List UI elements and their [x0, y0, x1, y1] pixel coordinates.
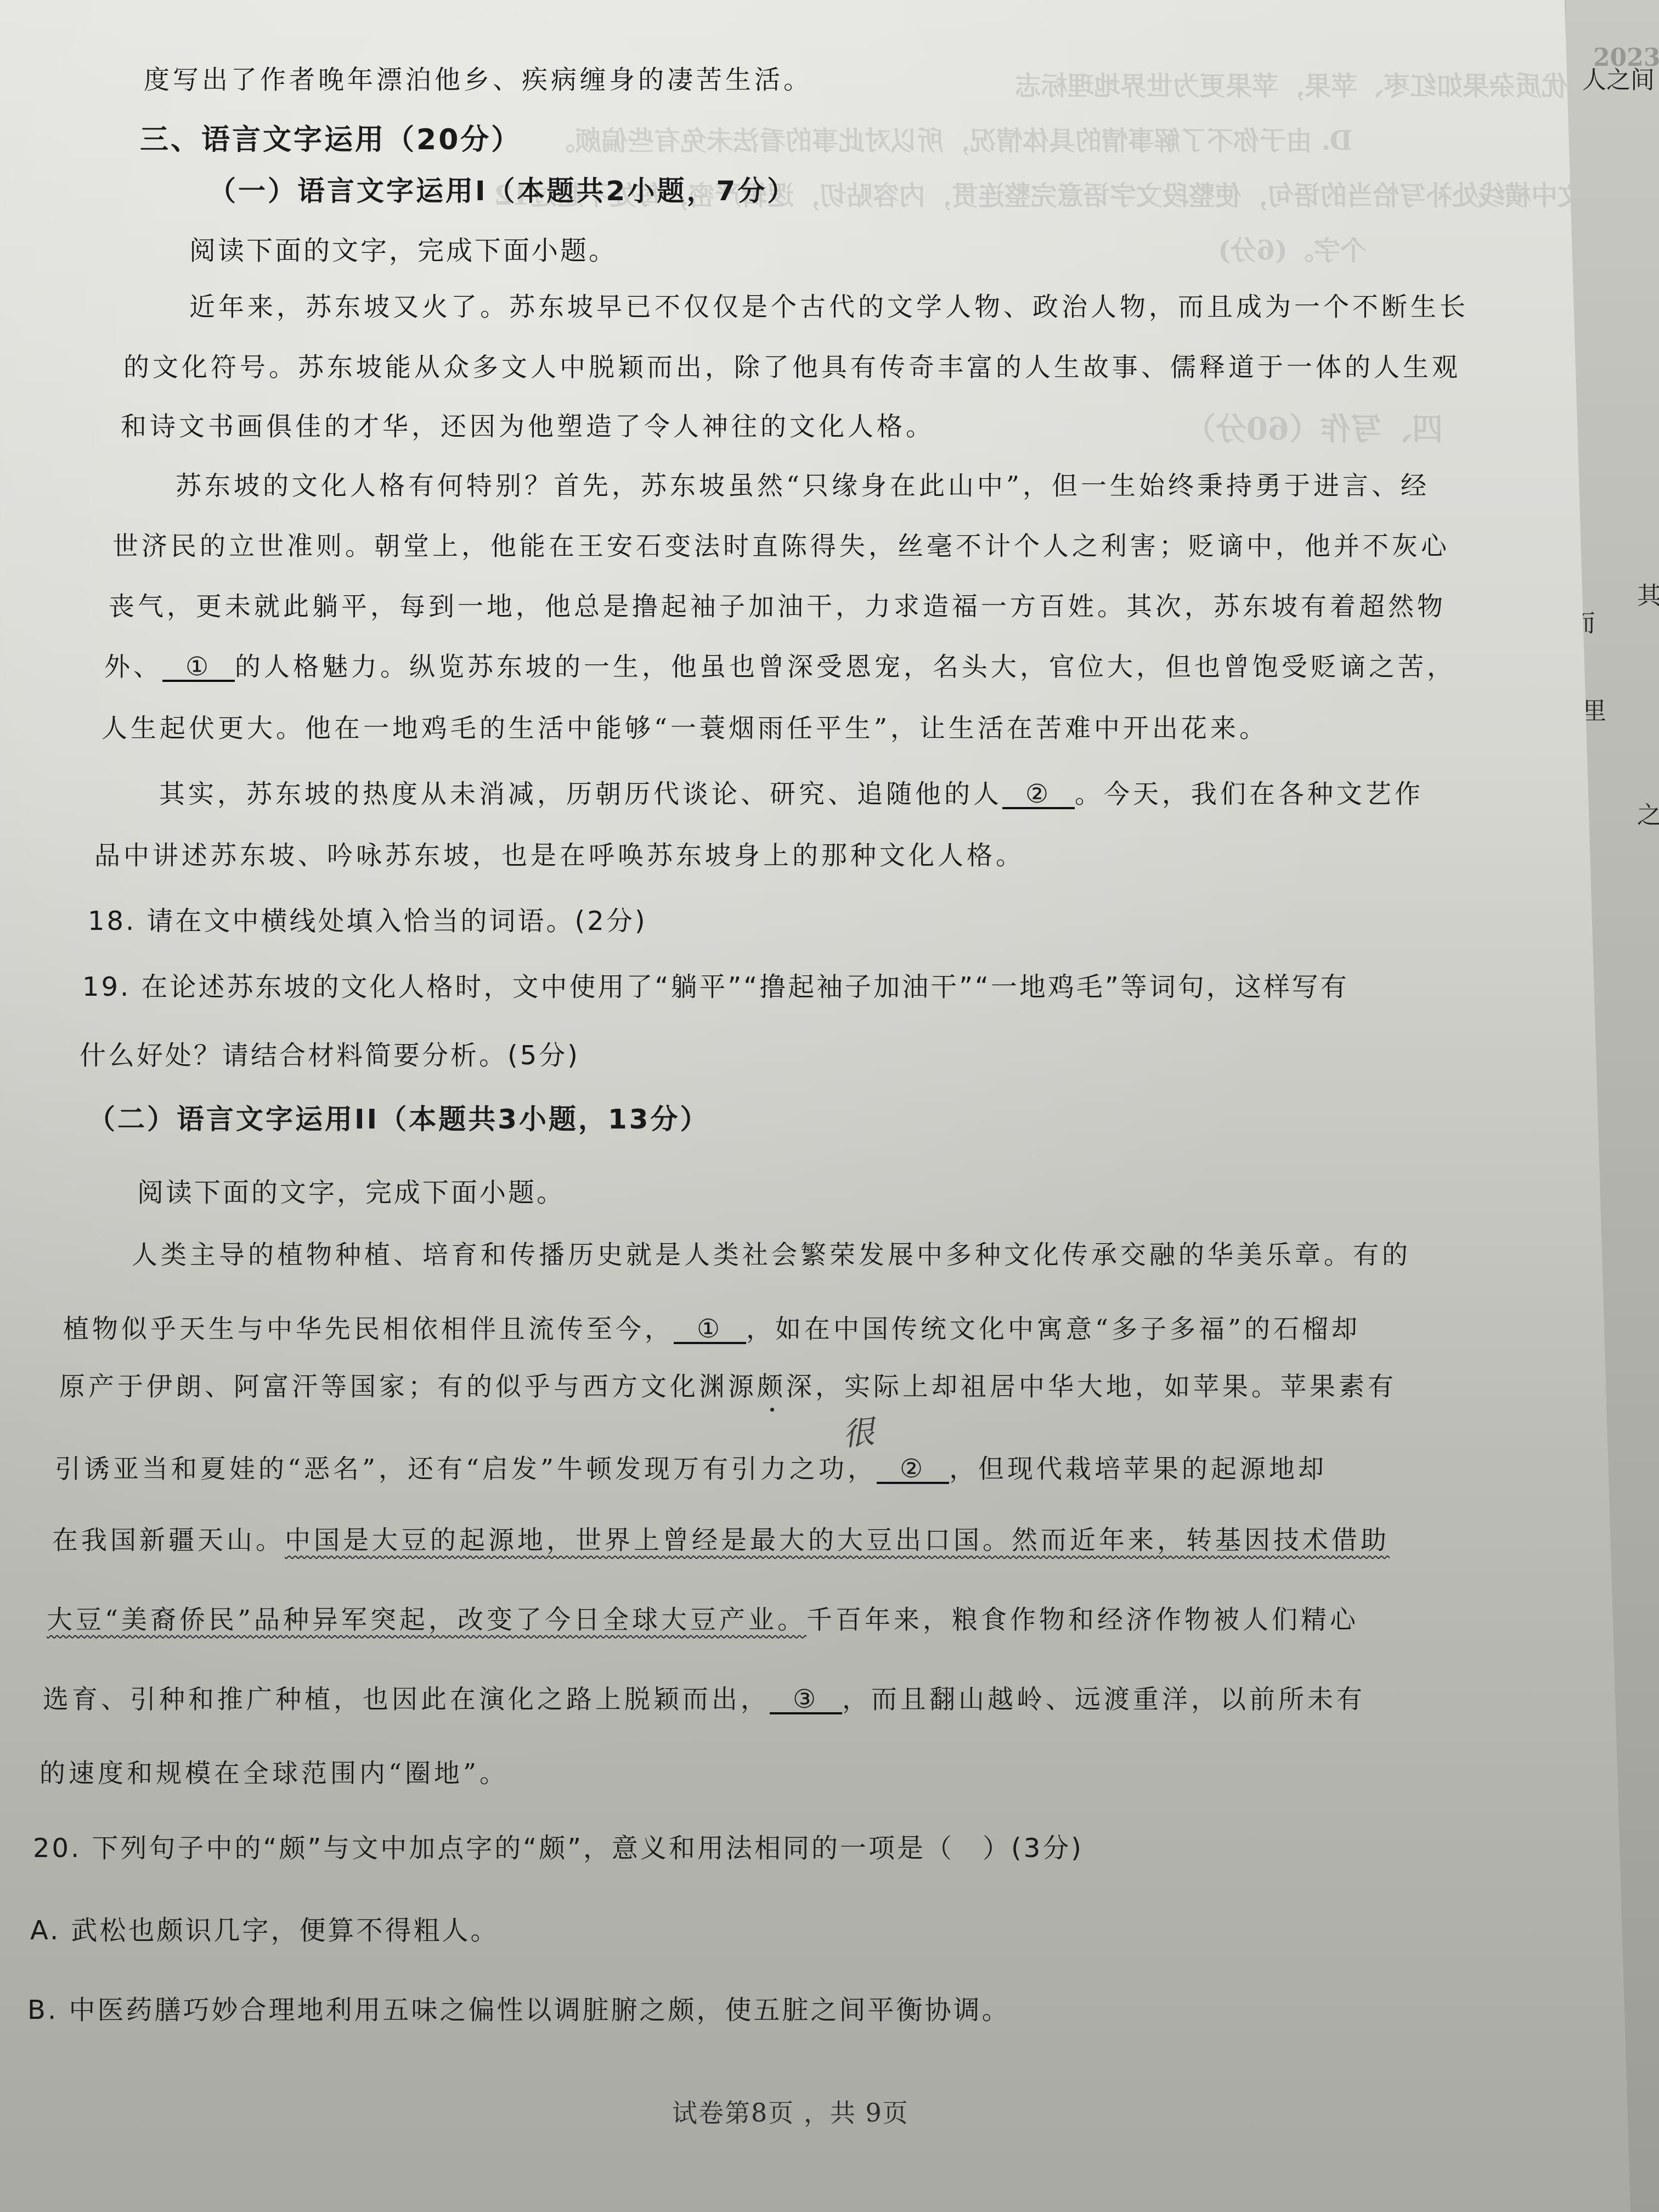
passage-text: 深，实际上却祖居中华大地，如苹果。苹果素有 — [786, 1372, 1397, 1402]
bleed-through-line: C. 陕北的优质杂果如红枣、苹果，苹果更为世界地理标志 — [1015, 65, 1659, 103]
option-label: A. — [30, 1915, 60, 1946]
question-number: 20. — [33, 1833, 81, 1864]
passage-text: 原产于伊朗、阿富汗等国家；有的似乎与西方文化渊源 — [59, 1372, 757, 1402]
wavy-underlined-text: 大豆“美裔侨民”品种异军突起，改变了今日全球大豆产业。 — [47, 1605, 806, 1635]
blank-2[interactable]: ② — [1002, 781, 1075, 809]
passage-text: ，但现代栽培苹果的起源地却 — [949, 1454, 1327, 1484]
part-two-instruction: 阅读下面的文字，完成下面小题。 — [137, 1171, 565, 1209]
question-18: 18. 请在文中横线处填入恰当的词语。(2分) — [88, 900, 647, 938]
passage-line: 的文化符号。苏东坡能从众多文人中脱颖而出，除了他具有传奇丰富的人生故事、儒释道于… — [123, 347, 1461, 383]
section-title: 三、语言文字运用（20分） — [140, 116, 522, 157]
adjacent-page-fragment: 之 — [1637, 795, 1659, 831]
bleed-through-line: 四、写作（60分） — [1185, 405, 1443, 449]
passage-line: 引诱亚当和夏娃的“恶名”，还有“启发”牛顿发现万有引力之功，②，但现代栽培苹果的… — [55, 1448, 1327, 1485]
question-number: 18. — [88, 906, 136, 936]
adjacent-page-fragment: 人之间 — [1582, 60, 1655, 95]
passage-text: 引诱亚当和夏娃的“恶名”，还有“启发”牛顿发现万有引力之功， — [55, 1454, 877, 1484]
passage-line: 人类主导的植物种植、培育和传播历史就是人类社会繁荣发展中多种文化传承交融的华美乐… — [132, 1234, 1411, 1271]
bleed-through-line: 个字。(6分) — [1218, 229, 1367, 267]
option-a[interactable]: A. 武松也颇识几字，便算不得粗人。 — [30, 1909, 499, 1947]
passage-line: 苏东坡的文化人格有何特别？首先，苏东坡虽然“只缘身在此山中”，但一生始终秉持勇于… — [176, 465, 1430, 502]
passage-text: ，如在中国传统文化中寓意“多子多福”的石榴却 — [746, 1314, 1361, 1344]
bleed-through-line: D. 由于你不了解事情的具体情况，所以对此事的看法未免有些偏颇。 — [549, 120, 1352, 157]
passage-line: 近年来，苏东坡又火了。苏东坡早已不仅仅是个古代的文学人物、政治人物，而且成为一个… — [189, 286, 1469, 323]
passage-line: 和诗文书画俱佳的才华，还因为他塑造了令人神往的文化人格。 — [121, 406, 935, 443]
passage-line: 其实，苏东坡的热度从未消减，历朝历代谈论、研究、追随他的人②。今天，我们在各种文… — [159, 774, 1424, 810]
page-footer: 试卷第8页 ，共 9页 — [672, 2093, 909, 2129]
passage-line: 大豆“美裔侨民”品种异军突起，改变了今日全球大豆产业。千百年来，粮食作物和经济作… — [47, 1599, 1359, 1636]
passage-text: 外、 — [104, 652, 162, 682]
blank-2[interactable]: ② — [877, 1456, 949, 1484]
dotted-character: 颇 — [757, 1372, 786, 1402]
passage-text: 其实，苏东坡的热度从未消减，历朝历代谈论、研究、追随他的人 — [159, 779, 1002, 809]
passage-line: 丧气，更未就此躺平，每到一地，他总是撸起袖子加油干，力求造福一方百姓。其次，苏东… — [109, 586, 1446, 623]
question-text: 在论述苏东坡的文化人格时，文中使用了“躺平”“撸起袖子加油干”“一地鸡毛”等词句… — [142, 972, 1349, 1002]
question-text: 请在文中横线处填入恰当的词语。(2分) — [147, 906, 647, 936]
adjacent-page-fragment: 。 — [1577, 658, 1601, 693]
part-one-title: （一）语言文字运用Ⅰ（本题共2小题，7分） — [208, 169, 797, 208]
passage-text: 的人格魅力。纵览苏东坡的一生，他虽也曾深受恩宠，名头大，官位大，但也曾饱受贬谪之… — [235, 652, 1456, 682]
blank-1[interactable]: ① — [162, 654, 235, 682]
passage-text: 植物似乎天生与中华先民相依相伴且流传至今， — [63, 1314, 674, 1344]
passage-text: 千百年来，粮食作物和经济作物被人们精心 — [806, 1605, 1359, 1635]
question-19-continued: 什么好处？请结合材料简要分析。(5分) — [80, 1034, 580, 1072]
adjacent-page-edge: 2023 人之间 其 而 。 里 之 — [1565, 0, 1659, 2212]
passage-line: 品中讲述苏东坡、吟咏苏东坡，也是在呼唤苏东坡身上的那种文化人格。 — [94, 835, 1025, 872]
carryover-line: 度写出了作者晚年漂泊他乡、疾病缠身的凄苦生活。 — [144, 59, 812, 96]
passage-line: 植物似乎天生与中华先民相依相伴且流传至今，①，如在中国传统文化中寓意“多子多福”… — [63, 1308, 1361, 1345]
option-b[interactable]: B. 中医药膳巧妙合理地利用五味之偏性以调脏腑之颇，使五脏之间平衡协调。 — [27, 1989, 1010, 2027]
passage-text: ，而且翻山越岭、远渡重洋，以前所未有 — [842, 1684, 1365, 1714]
passage-line: 世济民的立世准则。朝堂上，他能在王安石变法时直陈得失，丝毫不计个人之利害；贬谪中… — [112, 526, 1450, 562]
adjacent-page-fragment: 而 — [1571, 603, 1595, 639]
part-one-instruction: 阅读下面的文字，完成下面小题。 — [189, 229, 617, 267]
question-19: 19. 在论述苏东坡的文化人格时，文中使用了“躺平”“撸起袖子加油干”“一地鸡毛… — [82, 966, 1349, 1003]
question-number: 19. — [82, 972, 131, 1002]
passage-text: 在我国新疆天山。 — [52, 1525, 285, 1555]
passage-text: 选育、引种和推广种植，也因此在演化之路上脱颖而出， — [43, 1684, 770, 1714]
handwritten-note: 很 — [840, 1406, 876, 1455]
passage-text: 。今天，我们在各种文艺作 — [1075, 779, 1424, 809]
part-two-title: （二）语言文字运用II（本题共3小题，13分） — [88, 1097, 710, 1137]
blank-1[interactable]: ① — [674, 1316, 746, 1344]
option-text: 武松也颇识几字，便算不得粗人。 — [71, 1915, 499, 1946]
passage-line: 选育、引种和推广种植，也因此在演化之路上脱颖而出，③，而且翻山越岭、远渡重洋，以… — [43, 1679, 1365, 1716]
adjacent-page-fragment: 其 — [1637, 576, 1659, 611]
question-20: 20. 下列句子中的“颇”与文中加点字的“颇”，意义和用法相同的一项是（ ）(3… — [33, 1827, 1084, 1865]
passage-line: 原产于伊朗、阿富汗等国家；有的似乎与西方文化渊源颇深，实际上却祖居中华大地，如苹… — [59, 1366, 1397, 1403]
wavy-underlined-text: 中国是大豆的起源地，世界上曾经是最大的大豆出口国。然而近年来，转基因技术借助 — [285, 1525, 1390, 1555]
adjacent-page-fragment: 里 — [1582, 691, 1606, 726]
passage-line: 人生起伏更大。他在一地鸡毛的生活中能够“一蓑烟雨任平生”，让生活在苦难中开出花来… — [101, 708, 1268, 744]
passage-line: 在我国新疆天山。中国是大豆的起源地，世界上曾经是最大的大豆出口国。然而近年来，转… — [52, 1520, 1390, 1556]
passage-line: 的速度和规模在全球范围内“圈地”。 — [39, 1753, 509, 1790]
question-text: 下列句子中的“颇”与文中加点字的“颇”，意义和用法相同的一项是（ ）(3分) — [92, 1833, 1084, 1864]
passage-line: 外、①的人格魅力。纵览苏东坡的一生，他虽也曾深受恩宠，名头大，官位大，但也曾饱受… — [104, 646, 1456, 683]
option-label: B. — [27, 1995, 58, 2025]
blank-3[interactable]: ③ — [770, 1686, 842, 1714]
option-text: 中医药膳巧妙合理地利用五味之偏性以调脏腑之颇，使五脏之间平衡协调。 — [69, 1995, 1010, 2025]
